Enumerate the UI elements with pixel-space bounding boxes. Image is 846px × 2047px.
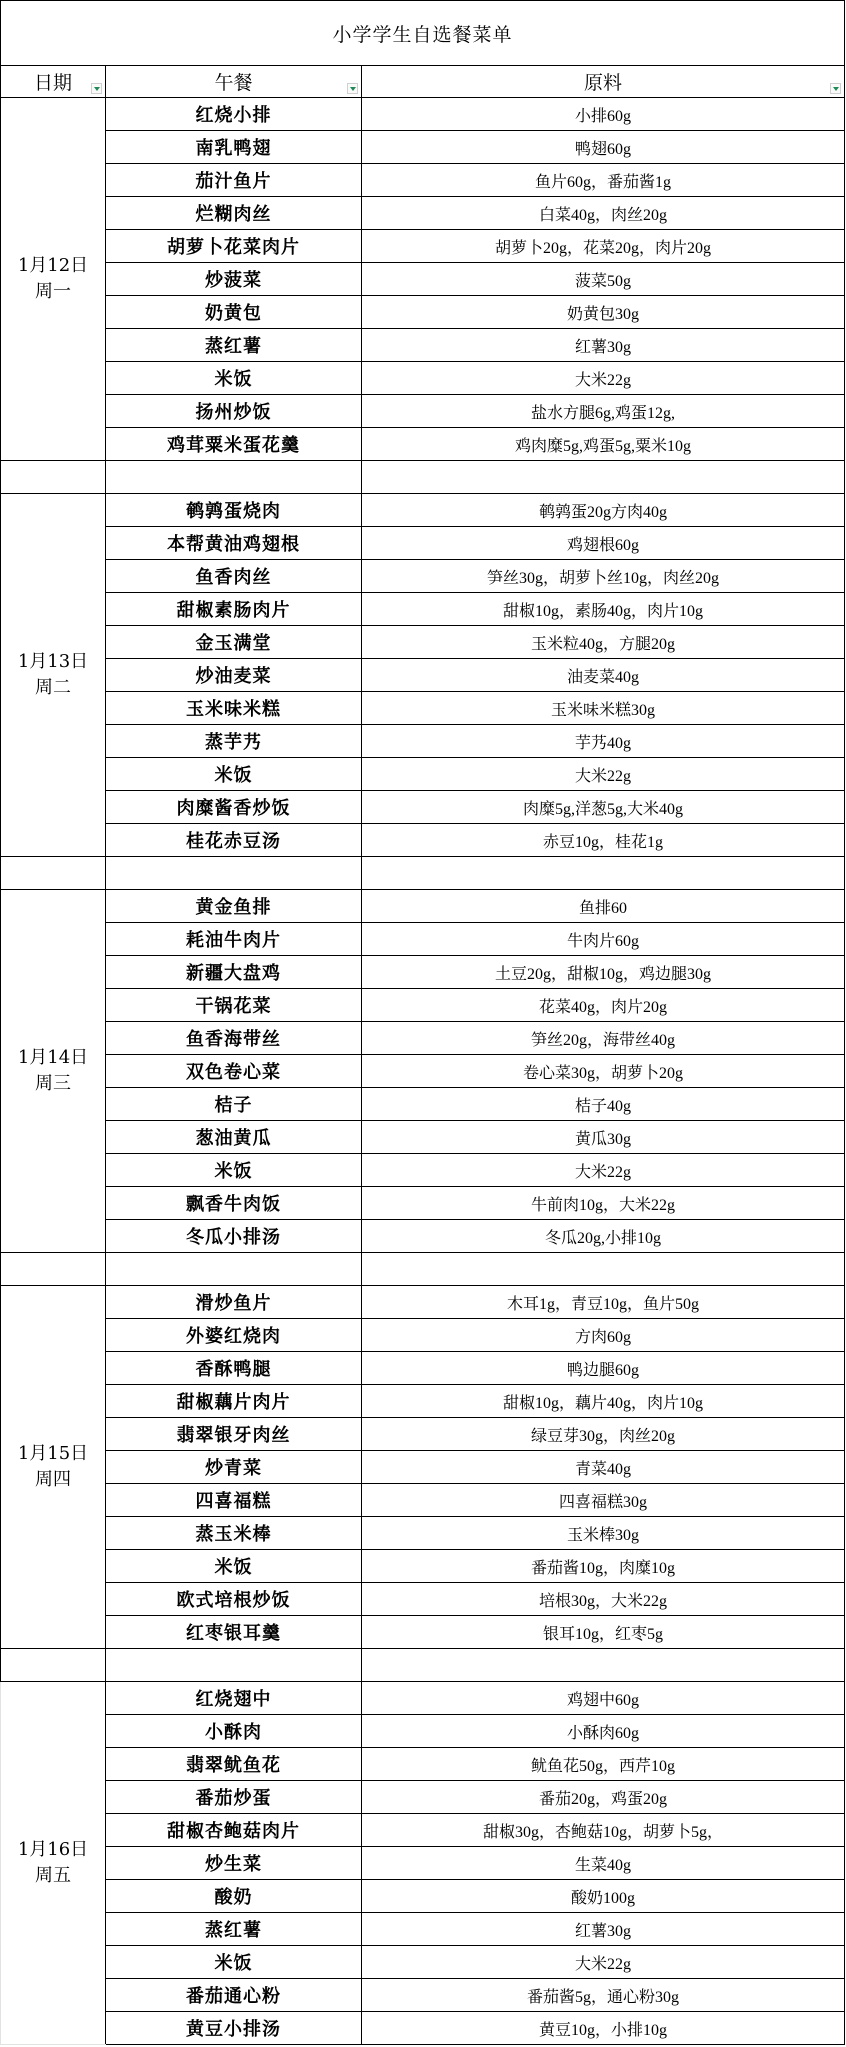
- empty-row: [1, 857, 845, 890]
- date-label: 1月16日: [1, 1837, 105, 1863]
- table-row: 米饭番茄酱10g，肉糜10g: [1, 1550, 845, 1583]
- table-row: 南乳鸭翅鸭翅60g: [1, 131, 845, 164]
- table-row: 鱼香肉丝笋丝30g，胡萝卜丝10g，肉丝20g: [1, 560, 845, 593]
- table-row: 桂花赤豆汤赤豆10g，桂花1g: [1, 824, 845, 857]
- dish-cell[interactable]: 鸡茸粟米蛋花羹: [106, 428, 362, 461]
- dish-cell[interactable]: 炒菠菜: [106, 263, 362, 296]
- ingredients-cell[interactable]: 花菜40g，肉片20g: [362, 989, 845, 1022]
- empty-cell[interactable]: [106, 1649, 362, 1682]
- ingredients-cell[interactable]: 鹌鹑蛋20g方肉40g: [362, 494, 845, 527]
- table-row: 米饭大米22g: [1, 1154, 845, 1187]
- weekday-label: 周一: [1, 279, 105, 305]
- table-row: 1月12日周一红烧小排小排60g: [1, 98, 845, 131]
- date-label: 1月15日: [1, 1441, 105, 1467]
- ingredients-cell[interactable]: 牛肉片60g: [362, 923, 845, 956]
- ingredients-cell[interactable]: 油麦菜40g: [362, 659, 845, 692]
- dish-cell[interactable]: 蒸红薯: [106, 329, 362, 362]
- dish-cell[interactable]: 炒生菜: [106, 1847, 362, 1880]
- empty-cell[interactable]: [1, 1649, 106, 1682]
- empty-cell[interactable]: [106, 1253, 362, 1286]
- table-row: 甜椒素肠肉片甜椒10g，素肠40g，肉片10g: [1, 593, 845, 626]
- dish-cell[interactable]: 番茄通心粉: [106, 1979, 362, 2012]
- table-row: 番茄炒蛋番茄20g，鸡蛋20g: [1, 1781, 845, 1814]
- date-cell[interactable]: 1月14日周三: [1, 890, 106, 1253]
- table-row: 红枣银耳羹银耳10g，红枣5g: [1, 1616, 845, 1649]
- ingredients-cell[interactable]: 赤豆10g，桂花1g: [362, 824, 845, 857]
- ingredients-cell[interactable]: 冬瓜20g,小排10g: [362, 1220, 845, 1253]
- column-header-ingredients: 原料: [362, 66, 845, 98]
- dish-cell[interactable]: 外婆红烧肉: [106, 1319, 362, 1352]
- table-row: 茄汁鱼片鱼片60g，番茄酱1g: [1, 164, 845, 197]
- dish-cell[interactable]: 炒青菜: [106, 1451, 362, 1484]
- ingredients-cell[interactable]: 番茄酱10g，肉糜10g: [362, 1550, 845, 1583]
- table-row: 四喜福糕四喜福糕30g: [1, 1484, 845, 1517]
- table-row: 蒸红薯红薯30g: [1, 329, 845, 362]
- ingredients-cell[interactable]: 培根30g，大米22g: [362, 1583, 845, 1616]
- table-row: 肉糜酱香炒饭肉糜5g,洋葱5g,大米40g: [1, 791, 845, 824]
- table-row: 米饭大米22g: [1, 1946, 845, 1979]
- dish-cell[interactable]: 耗油牛肉片: [106, 923, 362, 956]
- dish-cell[interactable]: 米饭: [106, 1946, 362, 1979]
- ingredients-cell[interactable]: 鱼排60: [362, 890, 845, 923]
- column-header-lunch-label: 午餐: [214, 72, 252, 94]
- lunch-filter-button[interactable]: [347, 83, 358, 94]
- table-row: 米饭大米22g: [1, 362, 845, 395]
- dish-cell[interactable]: 鱼香肉丝: [106, 560, 362, 593]
- ingredients-cell[interactable]: 方肉60g: [362, 1319, 845, 1352]
- ingredients-cell[interactable]: 四喜福糕30g: [362, 1484, 845, 1517]
- ingredients-cell[interactable]: 大米22g: [362, 362, 845, 395]
- ingredients-cell[interactable]: 生菜40g: [362, 1847, 845, 1880]
- ingredients-cell[interactable]: 甜椒10g，藕片40g，肉片10g: [362, 1385, 845, 1418]
- ingredients-cell[interactable]: 鸡翅根60g: [362, 527, 845, 560]
- title-row: 小学学生自选餐菜单: [1, 1, 845, 66]
- table-row: 欧式培根炒饭培根30g，大米22g: [1, 1583, 845, 1616]
- ingredients-cell[interactable]: 大米22g: [362, 1946, 845, 1979]
- table-row: 飘香牛肉饭牛前肉10g，大米22g: [1, 1187, 845, 1220]
- dish-cell[interactable]: 红烧翅中: [106, 1682, 362, 1715]
- ingredients-cell[interactable]: 玉米棒30g: [362, 1517, 845, 1550]
- dish-cell[interactable]: 蒸玉米棒: [106, 1517, 362, 1550]
- table-row: 酸奶酸奶100g: [1, 1880, 845, 1913]
- dish-cell[interactable]: 烂糊肉丝: [106, 197, 362, 230]
- dish-cell[interactable]: 奶黄包: [106, 296, 362, 329]
- ingredients-cell[interactable]: 鱿鱼花50g，西芹10g: [362, 1748, 845, 1781]
- dish-cell[interactable]: 冬瓜小排汤: [106, 1220, 362, 1253]
- dish-cell[interactable]: 蒸红薯: [106, 1913, 362, 1946]
- dish-cell[interactable]: 米饭: [106, 758, 362, 791]
- table-row: 1月16日周五红烧翅中鸡翅中60g: [1, 1682, 845, 1715]
- ingredients-cell[interactable]: 肉糜5g,洋葱5g,大米40g: [362, 791, 845, 824]
- weekday-label: 周四: [1, 1467, 105, 1493]
- ingredients-cell[interactable]: 鸭边腿60g: [362, 1352, 845, 1385]
- table-row: 双色卷心菜卷心菜30g，胡萝卜20g: [1, 1055, 845, 1088]
- ingredients-cell[interactable]: 桔子40g: [362, 1088, 845, 1121]
- ingredients-cell[interactable]: 奶黄包30g: [362, 296, 845, 329]
- empty-cell[interactable]: [106, 857, 362, 890]
- dish-cell[interactable]: 小酥肉: [106, 1715, 362, 1748]
- ingredients-cell[interactable]: 大米22g: [362, 1154, 845, 1187]
- ingredients-cell[interactable]: 酸奶100g: [362, 1880, 845, 1913]
- dish-cell[interactable]: 米饭: [106, 362, 362, 395]
- dish-cell[interactable]: 米饭: [106, 1550, 362, 1583]
- dish-cell[interactable]: 鹌鹑蛋烧肉: [106, 494, 362, 527]
- column-header-ingredients-label: 原料: [584, 72, 622, 94]
- table-row: 蒸芋艿芋艿40g: [1, 725, 845, 758]
- dish-cell[interactable]: 翡翠银牙肉丝: [106, 1418, 362, 1451]
- dish-cell[interactable]: 米饭: [106, 1154, 362, 1187]
- column-header-lunch: 午餐: [106, 66, 362, 98]
- table-row: 鱼香海带丝笋丝20g，海带丝40g: [1, 1022, 845, 1055]
- empty-cell[interactable]: [362, 461, 845, 494]
- dish-cell[interactable]: 四喜福糕: [106, 1484, 362, 1517]
- table-row: 甜椒藕片肉片甜椒10g，藕片40g，肉片10g: [1, 1385, 845, 1418]
- dish-cell[interactable]: 南乳鸭翅: [106, 131, 362, 164]
- table-row: 玉米味米糕玉米味米糕30g: [1, 692, 845, 725]
- table-row: 蒸玉米棒玉米棒30g: [1, 1517, 845, 1550]
- page-title: 小学学生自选餐菜单: [1, 1, 845, 66]
- dropdown-arrow-icon: [833, 87, 839, 91]
- dish-cell[interactable]: 飘香牛肉饭: [106, 1187, 362, 1220]
- table-row: 炒生菜生菜40g: [1, 1847, 845, 1880]
- column-header-date-label: 日期: [34, 72, 72, 94]
- date-label: 1月13日: [1, 649, 105, 675]
- dish-cell[interactable]: 翡翠鱿鱼花: [106, 1748, 362, 1781]
- ingredients-cell[interactable]: 卷心菜30g，胡萝卜20g: [362, 1055, 845, 1088]
- table-row: 本帮黄油鸡翅根鸡翅根60g: [1, 527, 845, 560]
- ingredients-cell[interactable]: 大米22g: [362, 758, 845, 791]
- ingredients-cell[interactable]: 红薯30g: [362, 329, 845, 362]
- table-row: 翡翠鱿鱼花鱿鱼花50g，西芹10g: [1, 1748, 845, 1781]
- table-row: 翡翠银牙肉丝绿豆芽30g，肉丝20g: [1, 1418, 845, 1451]
- dish-cell[interactable]: 番茄炒蛋: [106, 1781, 362, 1814]
- date-filter-button[interactable]: [91, 83, 102, 94]
- ingredients-cell[interactable]: 盐水方腿6g,鸡蛋12g,: [362, 395, 845, 428]
- table-row: 米饭大米22g: [1, 758, 845, 791]
- ingredients-cell[interactable]: 黄豆10g，小排10g: [362, 2012, 845, 2045]
- dish-cell[interactable]: 新疆大盘鸡: [106, 956, 362, 989]
- ingredients-cell[interactable]: 笋丝30g，胡萝卜丝10g，肉丝20g: [362, 560, 845, 593]
- table-row: 1月13日周二鹌鹑蛋烧肉鹌鹑蛋20g方肉40g: [1, 494, 845, 527]
- ingredients-cell[interactable]: 芋艿40g: [362, 725, 845, 758]
- dish-cell[interactable]: 肉糜酱香炒饭: [106, 791, 362, 824]
- date-cell[interactable]: 1月12日周一: [1, 98, 106, 461]
- empty-row: [1, 1253, 845, 1286]
- table-row: 炒油麦菜油麦菜40g: [1, 659, 845, 692]
- ingredients-cell[interactable]: 胡萝卜20g，花菜20g，肉片20g: [362, 230, 845, 263]
- empty-cell[interactable]: [362, 857, 845, 890]
- date-cell[interactable]: 1月16日周五: [1, 1682, 106, 2045]
- ingredients-cell[interactable]: 鱼片60g，番茄酱1g: [362, 164, 845, 197]
- table-row: 冬瓜小排汤冬瓜20g,小排10g: [1, 1220, 845, 1253]
- table-row: 1月14日周三黄金鱼排鱼排60: [1, 890, 845, 923]
- dish-cell[interactable]: 金玉满堂: [106, 626, 362, 659]
- column-header-date: 日期: [1, 66, 106, 98]
- table-row: 耗油牛肉片牛肉片60g: [1, 923, 845, 956]
- ingredients-cell[interactable]: 黄瓜30g: [362, 1121, 845, 1154]
- ingredients-cell[interactable]: 木耳1g，青豆10g，鱼片50g: [362, 1286, 845, 1319]
- dropdown-arrow-icon: [94, 87, 100, 91]
- dish-cell[interactable]: 黄豆小排汤: [106, 2012, 362, 2045]
- empty-cell[interactable]: [362, 1253, 845, 1286]
- empty-cell[interactable]: [362, 1649, 845, 1682]
- dish-cell[interactable]: 桂花赤豆汤: [106, 824, 362, 857]
- date-label: 1月12日: [1, 253, 105, 279]
- ingredients-cell[interactable]: 番茄20g，鸡蛋20g: [362, 1781, 845, 1814]
- table-row: 新疆大盘鸡土豆20g，甜椒10g，鸡边腿30g: [1, 956, 845, 989]
- table-row: 桔子桔子40g: [1, 1088, 845, 1121]
- ingredients-cell[interactable]: 青菜40g: [362, 1451, 845, 1484]
- table-row: 奶黄包奶黄包30g: [1, 296, 845, 329]
- weekday-label: 周五: [1, 1863, 105, 1889]
- ingredients-cell[interactable]: 笋丝20g，海带丝40g: [362, 1022, 845, 1055]
- ingredients-filter-button[interactable]: [830, 83, 841, 94]
- dish-cell[interactable]: 葱油黄瓜: [106, 1121, 362, 1154]
- dish-cell[interactable]: 黄金鱼排: [106, 890, 362, 923]
- ingredients-cell[interactable]: 小酥肉60g: [362, 1715, 845, 1748]
- dish-cell[interactable]: 甜椒杏鲍菇肉片: [106, 1814, 362, 1847]
- dish-cell[interactable]: 蒸芋艿: [106, 725, 362, 758]
- ingredients-cell[interactable]: 绿豆芽30g，肉丝20g: [362, 1418, 845, 1451]
- dish-cell[interactable]: 红烧小排: [106, 98, 362, 131]
- table-row: 葱油黄瓜黄瓜30g: [1, 1121, 845, 1154]
- weekday-label: 周三: [1, 1071, 105, 1097]
- ingredients-cell[interactable]: 玉米味米糕30g: [362, 692, 845, 725]
- empty-cell[interactable]: [1, 857, 106, 890]
- table-row: 蒸红薯红薯30g: [1, 1913, 845, 1946]
- empty-row: [1, 1649, 845, 1682]
- empty-cell[interactable]: [1, 461, 106, 494]
- dish-cell[interactable]: 胡萝卜花菜肉片: [106, 230, 362, 263]
- header-row: 日期 午餐 原料: [1, 66, 845, 98]
- menu-sheet: 小学学生自选餐菜单 日期 午餐 原料: [0, 0, 846, 2045]
- table-row: 炒菠菜菠菜50g: [1, 263, 845, 296]
- table-row: 番茄通心粉番茄酱5g，通心粉30g: [1, 1979, 845, 2012]
- weekday-label: 周二: [1, 675, 105, 701]
- dish-cell[interactable]: 玉米味米糕: [106, 692, 362, 725]
- empty-cell[interactable]: [106, 461, 362, 494]
- ingredients-cell[interactable]: 鸭翅60g: [362, 131, 845, 164]
- dish-cell[interactable]: 甜椒素肠肉片: [106, 593, 362, 626]
- ingredients-cell[interactable]: 鸡翅中60g: [362, 1682, 845, 1715]
- dish-cell[interactable]: 炒油麦菜: [106, 659, 362, 692]
- empty-cell[interactable]: [1, 1253, 106, 1286]
- table-row: 外婆红烧肉方肉60g: [1, 1319, 845, 1352]
- ingredients-cell[interactable]: 小排60g: [362, 98, 845, 131]
- ingredients-cell[interactable]: 鸡肉糜5g,鸡蛋5g,粟米10g: [362, 428, 845, 461]
- dish-cell[interactable]: 扬州炒饭: [106, 395, 362, 428]
- table-row: 扬州炒饭盐水方腿6g,鸡蛋12g,: [1, 395, 845, 428]
- ingredients-cell[interactable]: 玉米粒40g，方腿20g: [362, 626, 845, 659]
- dish-cell[interactable]: 鱼香海带丝: [106, 1022, 362, 1055]
- dish-cell[interactable]: 茄汁鱼片: [106, 164, 362, 197]
- ingredients-cell[interactable]: 牛前肉10g，大米22g: [362, 1187, 845, 1220]
- table-row: 甜椒杏鲍菇肉片甜椒30g，杏鲍菇10g，胡萝卜5g，: [1, 1814, 845, 1847]
- table-row: 干锅花菜花菜40g，肉片20g: [1, 989, 845, 1022]
- dropdown-arrow-icon: [350, 87, 356, 91]
- dish-cell[interactable]: 桔子: [106, 1088, 362, 1121]
- ingredients-cell[interactable]: 红薯30g: [362, 1913, 845, 1946]
- date-cell[interactable]: 1月15日周四: [1, 1286, 106, 1649]
- empty-row: [1, 461, 845, 494]
- ingredients-cell[interactable]: 菠菜50g: [362, 263, 845, 296]
- date-label: 1月14日: [1, 1045, 105, 1071]
- ingredients-cell[interactable]: 番茄酱5g，通心粉30g: [362, 1979, 845, 2012]
- date-cell[interactable]: 1月13日周二: [1, 494, 106, 857]
- dish-cell[interactable]: 红枣银耳羹: [106, 1616, 362, 1649]
- dish-cell[interactable]: 滑炒鱼片: [106, 1286, 362, 1319]
- table-row: 香酥鸭腿鸭边腿60g: [1, 1352, 845, 1385]
- ingredients-cell[interactable]: 土豆20g，甜椒10g，鸡边腿30g: [362, 956, 845, 989]
- table-row: 1月15日周四滑炒鱼片木耳1g，青豆10g，鱼片50g: [1, 1286, 845, 1319]
- table-row: 鸡茸粟米蛋花羹鸡肉糜5g,鸡蛋5g,粟米10g: [1, 428, 845, 461]
- dish-cell[interactable]: 双色卷心菜: [106, 1055, 362, 1088]
- table-row: 烂糊肉丝白菜40g，肉丝20g: [1, 197, 845, 230]
- table-row: 炒青菜青菜40g: [1, 1451, 845, 1484]
- dish-cell[interactable]: 本帮黄油鸡翅根: [106, 527, 362, 560]
- ingredients-cell[interactable]: 甜椒30g，杏鲍菇10g，胡萝卜5g，: [362, 1814, 845, 1847]
- dish-cell[interactable]: 欧式培根炒饭: [106, 1583, 362, 1616]
- menu-table: 小学学生自选餐菜单 日期 午餐 原料: [0, 0, 845, 2045]
- ingredients-cell[interactable]: 甜椒10g，素肠40g，肉片10g: [362, 593, 845, 626]
- table-row: 小酥肉小酥肉60g: [1, 1715, 845, 1748]
- dish-cell[interactable]: 酸奶: [106, 1880, 362, 1913]
- dish-cell[interactable]: 干锅花菜: [106, 989, 362, 1022]
- dish-cell[interactable]: 甜椒藕片肉片: [106, 1385, 362, 1418]
- table-row: 黄豆小排汤黄豆10g，小排10g: [1, 2012, 845, 2045]
- dish-cell[interactable]: 香酥鸭腿: [106, 1352, 362, 1385]
- table-row: 胡萝卜花菜肉片胡萝卜20g，花菜20g，肉片20g: [1, 230, 845, 263]
- ingredients-cell[interactable]: 银耳10g，红枣5g: [362, 1616, 845, 1649]
- ingredients-cell[interactable]: 白菜40g，肉丝20g: [362, 197, 845, 230]
- table-row: 金玉满堂玉米粒40g，方腿20g: [1, 626, 845, 659]
